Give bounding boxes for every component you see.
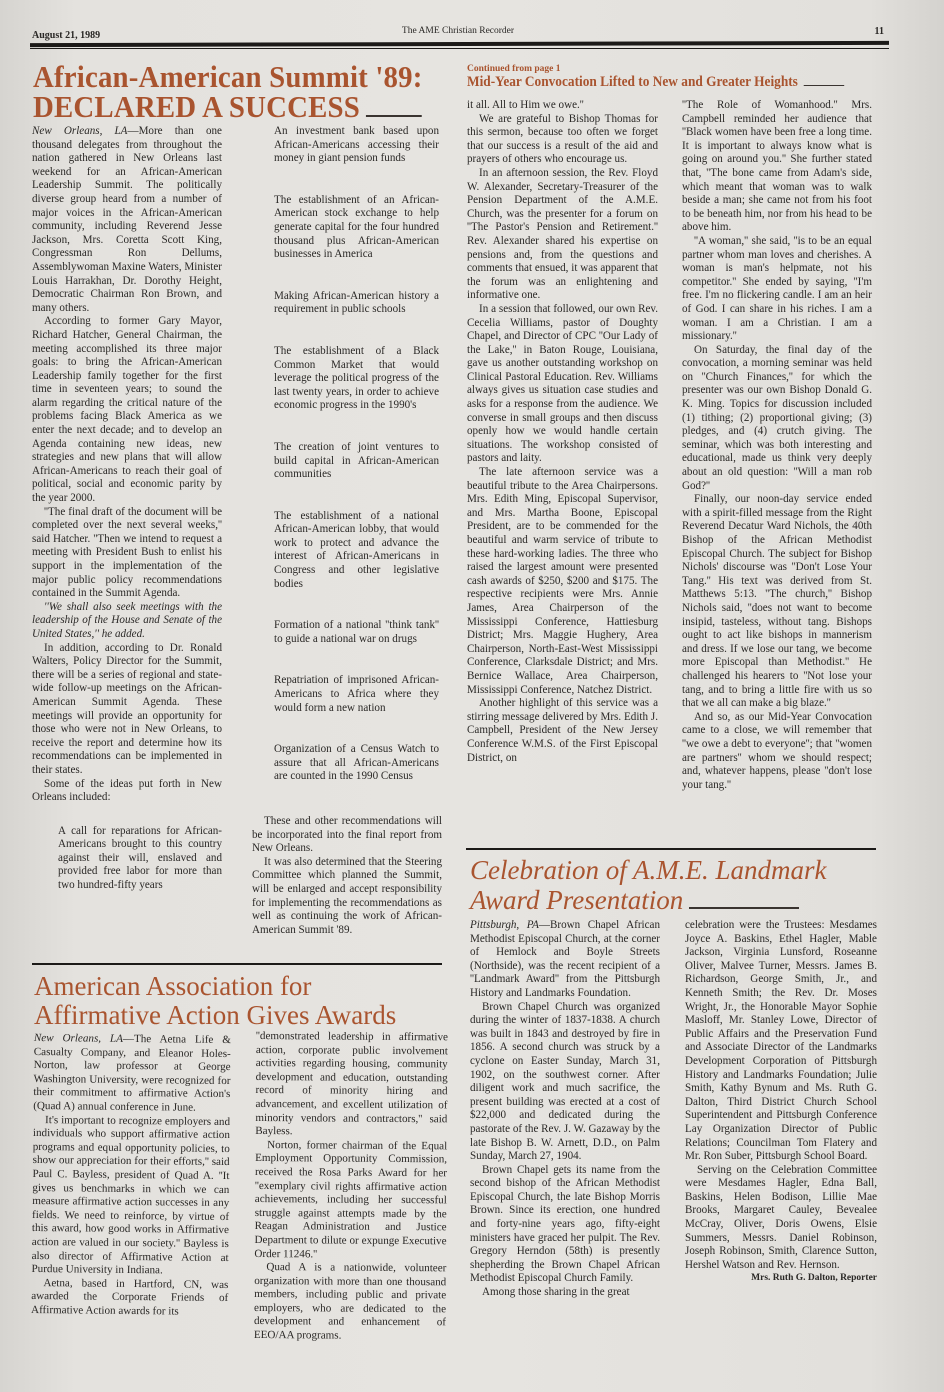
- convocation-paragraph: And so, as our Mid-Year Convocation came…: [682, 711, 872, 793]
- convocation-paragraph: In an afternoon session, the Rev. Floyd …: [467, 167, 658, 303]
- summit-paragraph: Some of the ideas put forth in New Orlea…: [32, 778, 222, 805]
- convocation-headline: Mid-Year Convocation Lifted to New and G…: [467, 74, 844, 91]
- convocation-column-1: it all. All to Him we owe.'' We are grat…: [467, 99, 658, 765]
- summit-paragraph: According to former Gary Mayor, Richard …: [32, 315, 222, 505]
- summit-headline: African-American Summit '89: DECLARED A …: [33, 62, 423, 122]
- summit-idea-item: The establishment of a Black Common Mark…: [274, 345, 439, 413]
- convocation-paragraph: In a session that followed, our own Rev.…: [467, 303, 658, 466]
- landmark-paragraph: Brown Chapel Church was organized during…: [470, 1001, 660, 1164]
- page-header: August 21, 1989 The AME Christian Record…: [32, 26, 884, 38]
- convocation-paragraph: ''A woman,'' she said, ''is to be an equ…: [682, 235, 872, 344]
- summit-paragraph: It was also determined that the Steering…: [252, 856, 442, 938]
- landmark-column-2: celebration were the Trustees: Mesdames …: [685, 919, 877, 1286]
- dateline: New Orleans, LA: [32, 125, 127, 137]
- section-divider: [32, 963, 442, 965]
- summit-idea-item: Organization of a Census Watch to assure…: [274, 743, 439, 784]
- headline-underline: [689, 889, 799, 909]
- affirmative-paragraph: Norton, former chairman of the Equal Emp…: [254, 1139, 447, 1263]
- convocation-headline-text: Mid-Year Convocation Lifted to New and G…: [467, 74, 798, 90]
- page-number: 11: [875, 26, 884, 37]
- landmark-headline: Celebration of A.M.E. Landmark Award Pre…: [470, 855, 826, 915]
- headline-underline: [366, 93, 422, 117]
- summit-paragraph: These and other recommendations will be …: [252, 815, 442, 856]
- affirmative-paragraph: Quad A is a nationwide, volunteer organi…: [254, 1261, 447, 1344]
- landmark-paragraph: Among those sharing in the great: [470, 1286, 660, 1300]
- landmark-paragraph: Serving on the Celebration Committee wer…: [685, 1164, 877, 1273]
- convocation-paragraph: it all. All to Him we owe.'': [467, 99, 658, 113]
- section-divider: [466, 848, 876, 850]
- landmark-paragraph: Pittsburgh, PA—Brown Chapel African Meth…: [470, 919, 660, 1001]
- affirmative-headline-line1: American Association for: [34, 972, 396, 1001]
- affirmative-column-2: ''demonstrated leadership in affirmative…: [254, 1030, 448, 1344]
- convocation-paragraph: The late afternoon service was a beautif…: [467, 466, 658, 697]
- summit-idea-item: A call for reparations for African-Ameri…: [58, 825, 222, 893]
- convocation-paragraph: Finally, our noon-day service ended with…: [682, 493, 872, 711]
- summit-headline-line1: African-American Summit '89:: [33, 62, 423, 92]
- affirmative-paragraph: It's important to recognize employers an…: [31, 1114, 230, 1279]
- newspaper-page: August 21, 1989 The AME Christian Record…: [0, 0, 944, 1392]
- convocation-paragraph: We are grateful to Bishop Thomas for thi…: [467, 113, 658, 167]
- landmark-headline-line1: Celebration of A.M.E. Landmark: [470, 855, 826, 885]
- affirmative-column-1: New Orleans, LA—The Aetna Life & Casualt…: [31, 1032, 231, 1320]
- landmark-headline-line2: Award Presentation: [470, 885, 683, 915]
- convocation-column-2: ''The Role of Womanhood.'' Mrs. Campbell…: [682, 99, 872, 792]
- summit-idea-item: Making African-American history a requir…: [274, 290, 439, 317]
- header-rule-thin: [30, 48, 889, 49]
- summit-idea-item: The establishment of a national African-…: [274, 510, 439, 592]
- summit-paragraph: ''We shall also seek meetings with the l…: [32, 601, 222, 642]
- header-rule-thick: [30, 41, 889, 47]
- reporter-byline: Mrs. Ruth G. Dalton, Reporter: [685, 1272, 877, 1286]
- summit-idea-item: An investment bank based upon African-Am…: [274, 125, 439, 166]
- summit-headline-line2: DECLARED A SUCCESS: [33, 89, 360, 124]
- landmark-paragraph: celebration were the Trustees: Mesdames …: [685, 919, 877, 1164]
- summit-closing: These and other recommendations will be …: [252, 815, 442, 937]
- affirmative-headline: American Association for Affirmative Act…: [34, 972, 396, 1030]
- dateline: New Orleans, LA: [34, 1032, 123, 1045]
- summit-idea-item: The establishment of an African-American…: [274, 194, 439, 262]
- publication-name: The AME Christian Recorder: [32, 26, 884, 36]
- landmark-paragraph: Brown Chapel gets its name from the seco…: [470, 1164, 660, 1286]
- summit-column-2: An investment bank based upon African-Am…: [274, 125, 439, 790]
- convocation-paragraph: Another highlight of this service was a …: [467, 697, 658, 765]
- continued-from-label: Continued from page 1: [467, 64, 561, 74]
- summit-idea-item: Formation of a national ''think tank'' t…: [274, 619, 439, 646]
- affirmative-text: —The Aetna Life & Casualty Company, and …: [33, 1033, 231, 1114]
- landmark-column-1: Pittsburgh, PA—Brown Chapel African Meth…: [470, 919, 660, 1300]
- convocation-paragraph: ''The Role of Womanhood.'' Mrs. Campbell…: [682, 99, 872, 235]
- summit-text: —More than one thousand delegates from t…: [32, 125, 222, 314]
- headline-underline: [803, 75, 843, 86]
- summit-paragraph: New Orleans, LA—More than one thousand d…: [32, 125, 222, 315]
- summit-idea-item: Repatriation of imprisoned African-Ameri…: [274, 674, 439, 715]
- summit-idea-item: The creation of joint ventures to build …: [274, 441, 439, 482]
- affirmative-paragraph: ''demonstrated leadership in affirmative…: [255, 1030, 448, 1140]
- summit-column-1: New Orleans, LA—More than one thousand d…: [32, 125, 222, 893]
- dateline: Pittsburgh, PA: [470, 919, 539, 931]
- summit-paragraph: ''The final draft of the document will b…: [32, 506, 222, 601]
- affirmative-paragraph: Aetna, based in Hartford, CN, was awarde…: [31, 1277, 228, 1320]
- affirmative-headline-line2: Affirmative Action Gives Awards: [34, 1001, 396, 1030]
- summit-paragraph: In addition, according to Dr. Ronald Wal…: [32, 642, 222, 778]
- convocation-paragraph: On Saturday, the final day of the convoc…: [682, 344, 872, 494]
- affirmative-paragraph: New Orleans, LA—The Aetna Life & Casualt…: [33, 1032, 231, 1116]
